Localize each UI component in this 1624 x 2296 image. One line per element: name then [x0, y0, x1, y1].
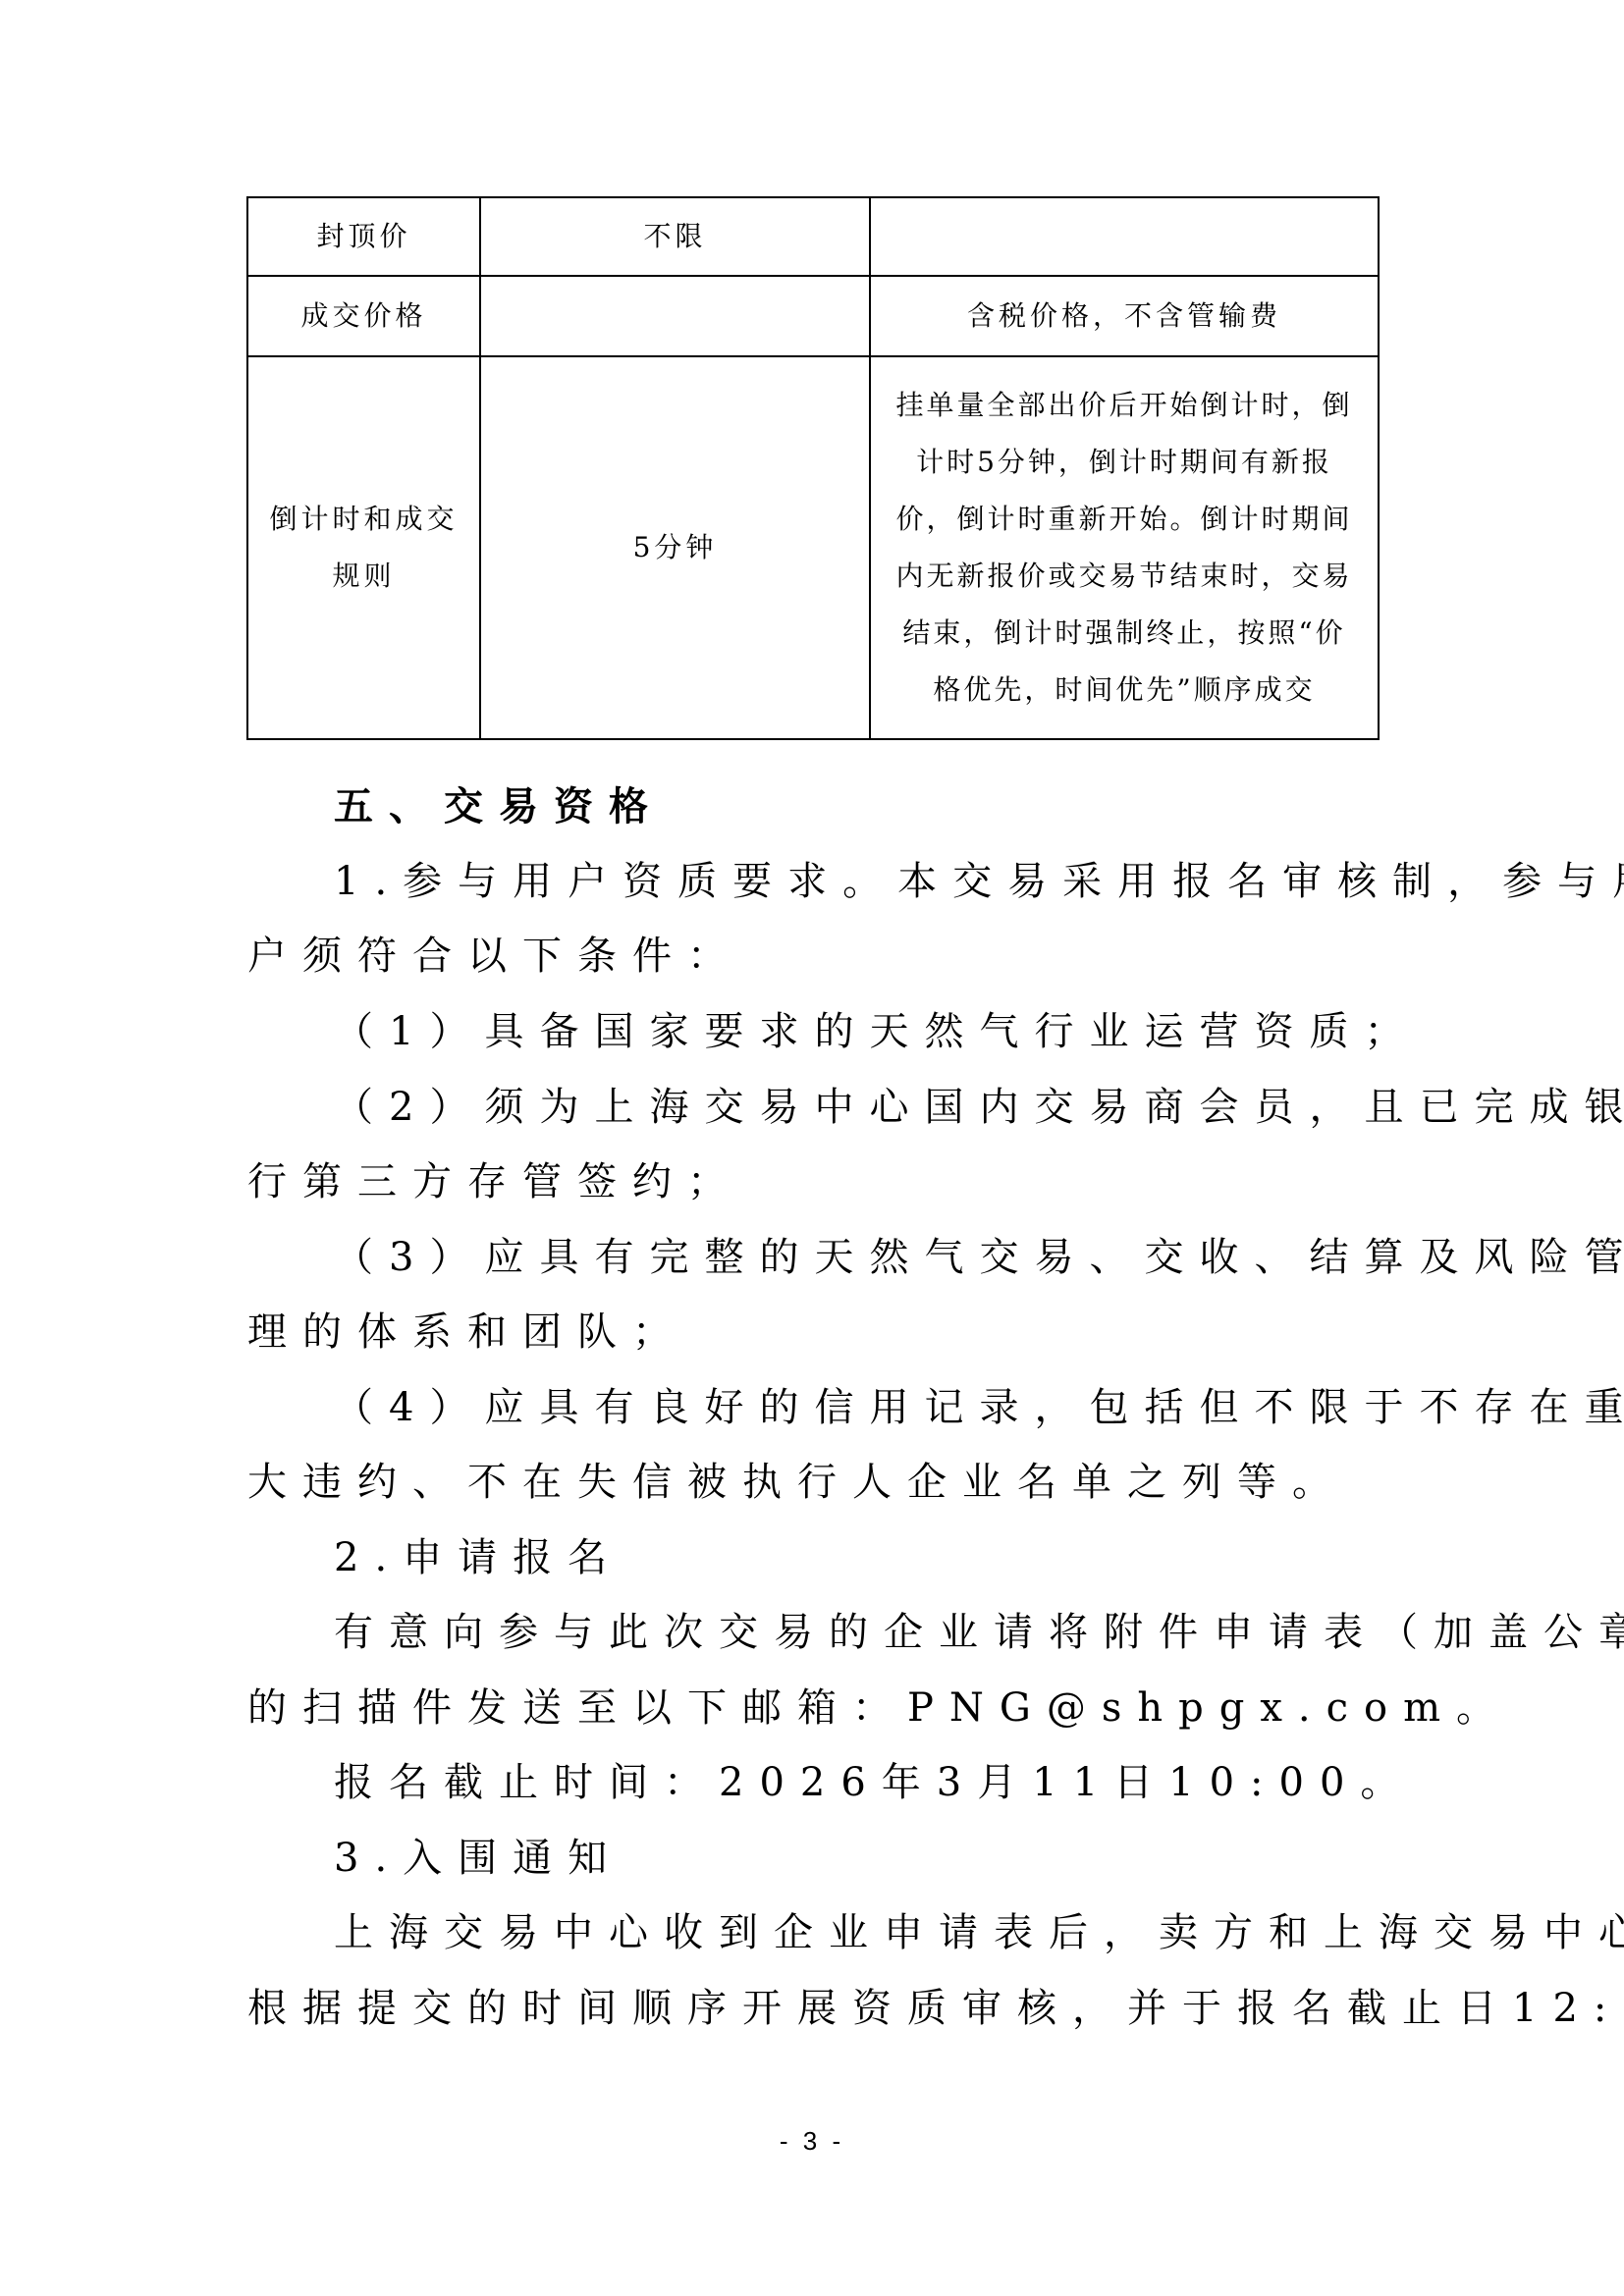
paragraph-line: 户须符合以下条件：	[247, 933, 1377, 980]
deadline-line: 报名截止时间：2026年3月11日10:00。	[334, 1759, 1463, 1806]
label-line: 规则	[248, 548, 479, 605]
row-label-deal-price: 成交价格	[247, 276, 480, 356]
paragraph-line: 大违约、不在失信被执行人企业名单之列等。	[247, 1459, 1377, 1506]
paragraph-line: （3）应具有完整的天然气交易、交收、结算及风险管	[334, 1234, 1463, 1281]
section-heading: 五、交易资格	[334, 783, 1463, 830]
row-value-countdown: 5分钟	[480, 356, 870, 739]
row-value-deal-price	[480, 276, 870, 356]
paragraph-line: （2）须为上海交易中心国内交易商会员，且已完成银	[334, 1084, 1463, 1131]
note-line: 内无新报价或交易节结束时，交易	[879, 548, 1370, 605]
row-note-countdown-rules: 挂单量全部出价后开始倒计时，倒 计时5分钟，倒计时期间有新报 价，倒计时重新开始…	[870, 356, 1379, 739]
note-line: 价，倒计时重新开始。倒计时期间	[879, 491, 1370, 548]
note-line: 挂单量全部出价后开始倒计时，倒	[879, 377, 1370, 434]
paragraph-line: （1）具备国家要求的天然气行业运营资质；	[334, 1008, 1463, 1055]
trading-rules-table: 封顶价 不限 成交价格 含税价格，不含管输费 倒计时和成交 规则 5分钟 挂单量…	[246, 196, 1380, 740]
email-line: 的扫描件发送至以下邮箱：PNG@shpgx.com。	[247, 1684, 1377, 1732]
paragraph-line: 行第三方存管签约；	[247, 1158, 1377, 1205]
table-row: 倒计时和成交 规则 5分钟 挂单量全部出价后开始倒计时，倒 计时5分钟，倒计时期…	[247, 356, 1379, 739]
paragraph-line: 3.入围通知	[334, 1835, 1463, 1882]
table-row: 封顶价 不限	[247, 197, 1379, 276]
page-number: - 3 -	[0, 2126, 1624, 2157]
row-note-deal-price: 含税价格，不含管输费	[870, 276, 1379, 356]
paragraph-line: 有意向参与此次交易的企业请将附件申请表（加盖公章）	[334, 1609, 1463, 1656]
row-value-ceiling-price: 不限	[480, 197, 870, 276]
row-label-countdown-rules: 倒计时和成交 规则	[247, 356, 480, 739]
paragraph-line: 理的体系和团队；	[247, 1308, 1377, 1356]
paragraph-line: 根据提交的时间顺序开展资质审核，并于报名截止日12:00	[247, 1985, 1377, 2032]
paragraph-line: 1.参与用户资质要求。本交易采用报名审核制，参与用	[334, 858, 1463, 905]
document-page: 封顶价 不限 成交价格 含税价格，不含管输费 倒计时和成交 规则 5分钟 挂单量…	[0, 0, 1624, 2296]
table-row: 成交价格 含税价格，不含管输费	[247, 276, 1379, 356]
row-note-ceiling-price	[870, 197, 1379, 276]
paragraph-line: 上海交易中心收到企业申请表后，卖方和上海交易中心	[334, 1909, 1463, 1956]
paragraph-line: 2.申请报名	[334, 1534, 1463, 1581]
note-line: 结束，倒计时强制终止，按照“价	[879, 605, 1370, 662]
label-line: 倒计时和成交	[248, 491, 479, 548]
note-line: 计时5分钟，倒计时期间有新报	[879, 434, 1370, 491]
row-label-ceiling-price: 封顶价	[247, 197, 480, 276]
paragraph-line: （4）应具有良好的信用记录，包括但不限于不存在重	[334, 1384, 1463, 1431]
note-block: 挂单量全部出价后开始倒计时，倒 计时5分钟，倒计时期间有新报 价，倒计时重新开始…	[871, 377, 1378, 719]
note-line: 格优先，时间优先”顺序成交	[879, 662, 1370, 719]
